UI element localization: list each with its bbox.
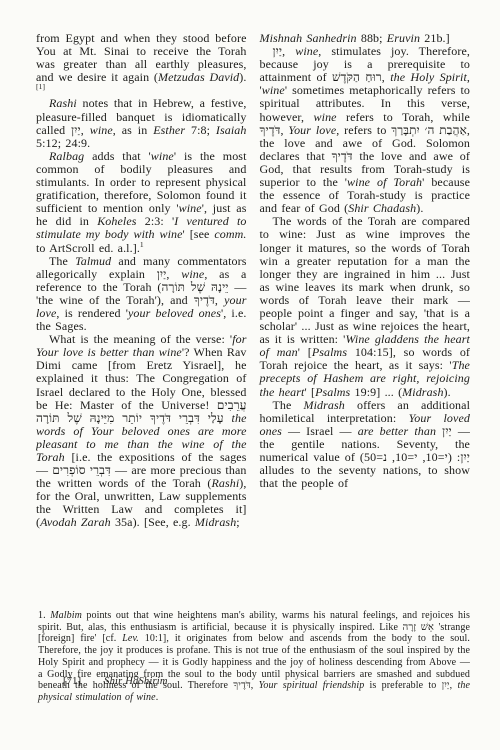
paragraph: What is the meaning of the verse: 'for Y… [36, 333, 247, 529]
paragraph: from Egypt and when they stood before Yo… [36, 32, 247, 97]
paragraph: The words of the Torah are compared to w… [260, 215, 471, 398]
left-column: from Egypt and when they stood before Yo… [36, 32, 247, 588]
book-title: Shir HaShirim [104, 676, 168, 687]
book-page: from Egypt and when they stood before Yo… [0, 0, 500, 750]
paragraph: יַיִן, wine, stimulates joy. Therefore, … [260, 45, 471, 215]
page-footer: [71] Shir HaShirim [0, 676, 500, 687]
paragraph: The Midrash offers an additional homilet… [260, 399, 471, 491]
footnote: 1. Malbim points out that wine heightens… [36, 610, 470, 704]
footnote-text: 1. Malbim points out that wine heightens… [38, 610, 470, 704]
main-text: from Egypt and when they stood before Yo… [36, 32, 470, 588]
paragraph: Rashi notes that in Hebrew, a festive, p… [36, 97, 247, 149]
paragraph: Ralbag adds that 'wine' is the most comm… [36, 150, 247, 255]
page-number: [71] [63, 676, 81, 687]
paragraph: The Talmud and many commentators allegor… [36, 255, 247, 334]
right-column: Mishnah Sanhedrin 88b; Eruvin 21b.] יַיִ… [260, 32, 471, 588]
